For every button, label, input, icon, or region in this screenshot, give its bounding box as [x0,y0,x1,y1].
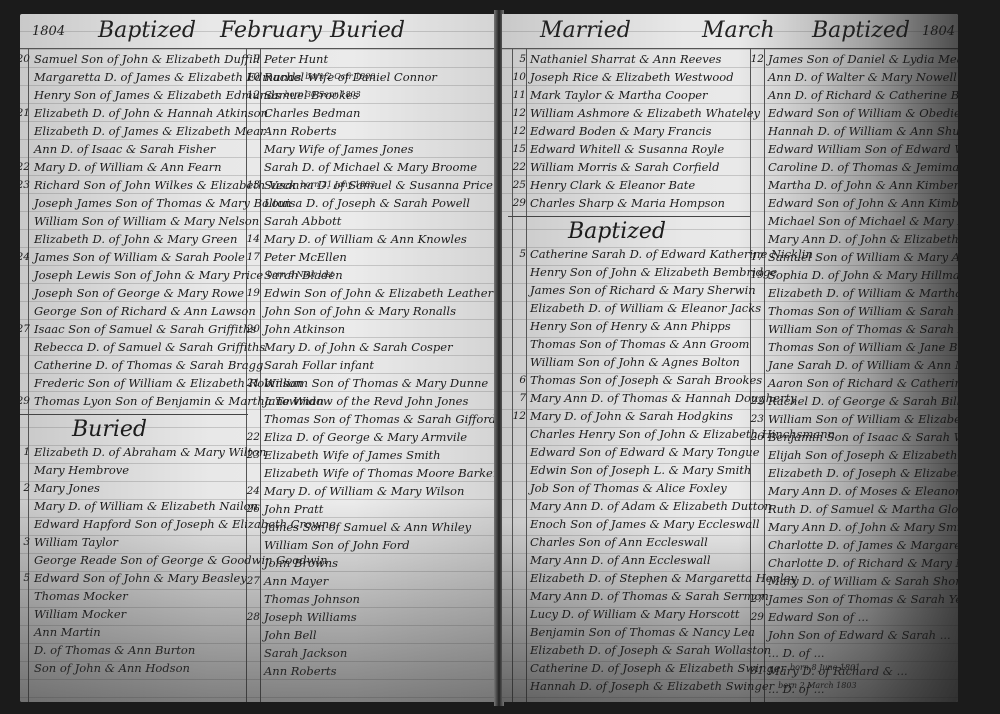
entry-day [508,263,530,281]
entry-text: William Taylor [34,533,118,551]
entry-text: Mary Ann D. of John & Mary Smith [768,518,958,536]
entry-day: 27 [242,572,264,590]
entry-day [746,302,768,320]
entry-text: Samuel Son of William & Mary Allen [768,248,958,266]
entry-day [242,356,264,374]
entry-day [508,353,530,371]
entry-text: Edward Son of John & Ann Kimberley [768,194,958,212]
entry-text: Thomas Son of William & Jane Browning [768,338,958,356]
entry-text: Ann D. of Walter & Mary Nowell [768,68,957,86]
baptism-entry: 29Edward Son of ... [746,608,958,626]
baptism-entry: Joseph Lewis Son of John & Mary Pricebor… [20,266,248,284]
marriage-entry: 10Joseph Rice & Elizabeth Westwood [508,68,750,86]
entry-text: Mary Ann D. of Thomas & Sarah Sermon [530,587,769,605]
entry-text: Benjamin Son of Thomas & Nancy Lea [530,623,755,641]
baptism-entry: Charlotte D. of James & Margaret Simms [746,536,958,554]
entry-text: Job Son of Thomas & Alice Foxley [530,479,727,497]
entry-day [242,302,264,320]
burial-entry: Jane Widow of the Revd John Jones [242,392,492,410]
entry-day [508,605,530,623]
entry-text: Joseph Rice & Elizabeth Westwood [530,68,734,86]
burial-entry: 24Mary D. of William & Mary Wilson [242,482,492,500]
baptism-entry: ... D. of ... [746,680,958,698]
entry-day [242,464,264,482]
baptism-entry: Elizabeth D. of Joseph & Sarah Wollaston [508,641,750,659]
baptism-entry: 6Thomas Son of Joseph & Sarah Brookes [508,371,750,389]
entry-text: Edward Son of ... [768,608,869,626]
baptism-entry: Benjamin Son of Thomas & Nancy Lea [508,623,750,641]
entry-text: Mary Ann D. of John & Elizabeth Dolloway [768,230,958,248]
entry-text: ... D. of ... [768,680,825,698]
baptism-entry: Thomas Son of William & Sarah Lamb [746,302,958,320]
entry-day [746,104,768,122]
entry-day [242,644,264,662]
entry-day: 17 [746,248,768,266]
entry-day [746,194,768,212]
burials-column: 9Peter Hunt10Rachel Wife of Daniel Conno… [242,50,492,680]
entry-text: Edward Son of William & Obedience Green [768,104,958,122]
entry-day [746,320,768,338]
entry-text: Ann D. of Isaac & Sarah Fisher [34,140,215,158]
baptism-entry: Elizabeth D. of Stephen & Margaretta Hen… [508,569,750,587]
entry-day: 23 [20,176,34,194]
baptism-entry: 12Mary D. of John & Sarah Hodgkins [508,407,750,425]
entry-day [746,68,768,86]
entry-text: Henry Son of Henry & Ann Phipps [530,317,731,335]
entry-text: Thomas Son of Thomas & Sarah Gifford [264,410,496,428]
baptism-entry: William Son of William & Mary Nelson [20,212,248,230]
baptism-entry: Joseph James Son of Thomas & Mary Bolton [20,194,248,212]
entry-day [20,86,34,104]
entry-day [746,464,768,482]
entry-text: Martha D. of John & Ann Kimberley [768,176,958,194]
baptism-entry: Elizabeth D. of William & Eleanor Jacks [508,299,750,317]
entry-day [242,338,264,356]
burial-entry: 9Peter Hunt [242,50,492,68]
left-page: 1804 Baptized February Buried 20Samuel S… [20,14,496,702]
baptism-entry: Edward William Son of Edward William & E… [746,140,958,158]
baptism-entry: Charles Henry Son of John & Elizabeth Hi… [508,425,750,443]
entry-day [746,698,768,702]
entry-text: Mark Taylor & Martha Cooper [530,86,708,104]
entry-text: Hannah D. of Joseph & Elizabeth Swinger [530,677,774,695]
entry-text: Ann Martin [34,623,101,641]
entry-text: Sarah Abbott [264,212,341,230]
baptism-entry: 21Elizabeth D. of John & Hannah Atkinson [20,104,248,122]
entry-day: 29 [508,194,530,212]
entry-text: Elizabeth D. of Joseph & Sarah Wollaston [530,641,771,659]
left-page-header: 1804 Baptized February Buried [20,14,496,49]
baptism-entry: Ruth D. of Samuel & Martha Glover [746,500,958,518]
entry-day [508,425,530,443]
entry-day [20,551,34,569]
entry-text: Edward Son of Edward & Mary Tongue [530,443,760,461]
entry-text: Nathaniel Sharrat & Ann Reeves [530,50,721,68]
entry-text: Sophia D. of John & Mary Hillman [768,266,958,284]
baptism-entry: Edwin Son of Joseph L. & Mary Smith [508,461,750,479]
entry-day [508,443,530,461]
baptism-entry: Aaron Son of Richard & Catherine Yatesbo… [746,374,958,392]
entry-day [746,500,768,518]
baptism-entry: Joseph Son of George & Mary Rowe [20,284,248,302]
entry-text: John Son of Edward & Sarah ... [768,626,951,644]
entry-text: Joseph Son of George & Mary Rowe [34,284,244,302]
baptism-entry: Hannah D. of Joseph & Elizabeth Swingerb… [508,677,750,695]
entry-day: 27 [20,320,34,338]
entry-day: 12 [508,122,530,140]
baptism-entry: 22Rachel D. of George & Sarah Bill [746,392,958,410]
married-and-baptized-column: 5Nathaniel Sharrat & Ann Reeves10Joseph … [508,50,750,695]
entry-text: Mary D. of John & Sarah Hodgkins [530,407,733,425]
entry-day [20,356,34,374]
entry-text: Mary D. of William & Mary Wilson [264,482,464,500]
baptism-entry: 5Catherine Sarah D. of Edward Katherine … [508,245,750,263]
entry-day: 12 [242,86,264,104]
baptisms-right-column: 12James Son of Daniel & Lydia MeadowsAnn… [746,50,958,702]
burial-entry: James Son of Samuel & Ann Whiley [242,518,492,536]
entry-day [20,194,34,212]
entry-day [746,572,768,590]
baptism-entry: 31Mary D. of Richard & ... [746,662,958,680]
year-label: 1804 [32,24,65,39]
entry-text: John Browns [264,554,338,572]
entry-text: Charlotte D. of James & Margaret Simms [768,536,958,554]
baptism-entry: Rebecca D. of Samuel & Sarah Griffiths [20,338,248,356]
burial-entry: Charles Bedman [242,104,492,122]
entry-day [20,605,34,623]
burial-entry: John Browns [242,554,492,572]
entry-day: 5 [20,569,34,587]
entry-day: 6 [508,371,530,389]
marriage-entry: 22William Morris & Sarah Corfield [508,158,750,176]
entry-text: Mary Hembrove [34,461,129,479]
baptism-entry: 19Sophia D. of John & Mary Hillman [746,266,958,284]
entry-day [242,554,264,572]
entry-text: Charles Bedman [264,104,360,122]
entry-day [242,194,264,212]
entry-text: John Bell [264,626,317,644]
burial-entry: Ann Roberts [242,122,492,140]
entry-day [20,338,34,356]
entry-text: Elizabeth D. of Abraham & Mary Wilton [34,443,266,461]
baptism-entry: Catherine D. of Joseph & Elizabeth Swing… [508,659,750,677]
entry-text: Ann Mayer [264,572,328,590]
baptism-entry: 23William Son of William & Elizabeth Sar… [746,410,958,428]
marriage-entry: 12William Ashmore & Elizabeth Whateley [508,104,750,122]
entry-day [508,623,530,641]
entry-text: John Son of John & Mary Ronalls [264,302,456,320]
burial-entry: John Son of John & Mary Ronalls [242,302,492,320]
burial-entry: 5Edward Son of John & Mary Beasley [20,569,248,587]
burial-entry: 13Susanna D. of Samuel & Susanna Price [242,176,492,194]
baptisms-column: 20Samuel Son of John & Elizabeth Duffill… [20,50,248,677]
baptism-entry: Mary Ann D. of Adam & Elizabeth Dutton [508,497,750,515]
entry-day: 19 [242,284,264,302]
baptism-entry: ... D. of William ... [746,698,958,702]
entry-text: Edwin Son of John & Elizabeth Leather [264,284,493,302]
right-page: Married March Baptized 1804 5Nathaniel S… [502,14,958,702]
baptism-entry: John Son of Edward & Sarah ... [746,626,958,644]
entry-text: William Son of Thomas & Mary Dunne [264,374,488,392]
entry-text: Edward William Son of Edward William & E… [768,140,958,158]
entry-text: Ann Roberts [264,122,337,140]
burial-entry: 21William Son of Thomas & Mary Dunne [242,374,492,392]
entry-day [508,551,530,569]
entry-text: Rebecca D. of Samuel & Sarah Griffiths [34,338,265,356]
entry-text: George Son of Richard & Ann Lawson [34,302,256,320]
entry-day [746,230,768,248]
entry-text: Mary D. of William & Ann Knowles [264,230,467,248]
baptism-entry: 22Mary D. of William & Ann Fearn [20,158,248,176]
baptism-entry: Mary Ann D. of John & Mary Smith [746,518,958,536]
entry-day: 24 [20,248,34,266]
entry-day [746,212,768,230]
burial-entry: Elizabeth Wife of Thomas Moore Barker [242,464,492,482]
baptism-entry: 29Thomas Lyon Son of Benjamin & Martha T… [20,392,248,410]
entry-day [20,284,34,302]
burial-entry: Mary D. of William & Elizabeth Nailon [20,497,248,515]
entry-text: Jane Widow of the Revd John Jones [264,392,468,410]
entry-text: Mary D. of John & Sarah Cosper [264,338,453,356]
baptism-entry: ... D. of ... [746,644,958,662]
entry-text: Mary Jones [34,479,100,497]
entry-text: Edwin Son of Joseph L. & Mary Smith [530,461,751,479]
burial-entry: Ann Roberts [242,662,492,680]
burial-entry: 22Eliza D. of George & Mary Armvile [242,428,492,446]
entry-day: 5 [508,50,530,68]
entry-day [746,284,768,302]
entry-text: William Son of William & Elizabeth Sarge… [768,410,958,428]
baptism-entry: Ann D. of Isaac & Sarah Fisher [20,140,248,158]
year-label: 1804 [922,24,955,39]
entry-day: 21 [20,104,34,122]
entry-day [242,122,264,140]
baptism-entry: Ann D. of Richard & Catherine Baddeley [746,86,958,104]
entry-day [746,554,768,572]
burial-entry: George Reade Son of George & Goodwin Goo… [20,551,248,569]
entry-day: 26 [242,500,264,518]
entry-day [746,680,768,698]
burial-entry: 14Mary D. of William & Ann Knowles [242,230,492,248]
baptism-entry: Elijah Son of Joseph & Elizabeth Stott [746,446,958,464]
baptism-entry: Edward Son of Edward & Mary Tongue [508,443,750,461]
entry-day: 21 [242,374,264,392]
entry-day: 19 [746,266,768,284]
entry-day [242,536,264,554]
entry-day [508,479,530,497]
entry-text: Charlotte D. of Richard & Mary Morris [768,554,958,572]
entry-text: Aaron Son of Richard & Catherine Yates [768,374,958,392]
entry-text: Caroline D. of Thomas & Jemima Walker [768,158,958,176]
baptism-entry: Elizabeth D. of James & Elizabeth Mear [20,122,248,140]
entry-text: Peter McEllen [264,248,347,266]
burial-entry: 10Rachel Wife of Daniel Connor [242,68,492,86]
entry-day [746,644,768,662]
entry-day [508,677,530,695]
entry-text: Elizabeth D. of Joseph & Elizabeth Salt [768,464,958,482]
baptism-entry: 26Benjamin Son of Isaac & Sarah Whitehou… [746,428,958,446]
burial-entry: Sarah D. of Michael & Mary Broome [242,158,492,176]
entry-text: Enoch Son of James & Mary Eccleswall [530,515,760,533]
burial-entry: Sarah Jackson [242,644,492,662]
entry-text: Jane Sarah D. of William & Ann Neal [768,356,958,374]
baptism-entry: Henry Son of John & Elizabeth Bembridge [508,263,750,281]
entry-day [746,356,768,374]
entry-text: Sarah Follar infant [264,356,374,374]
entry-day [20,122,34,140]
entry-day: 2 [20,479,34,497]
entry-text: Eliza D. of George & Mary Armvile [264,428,467,446]
burial-entry: 17Peter McEllen [242,248,492,266]
baptism-entry: Catherine D. of Thomas & Sarah Bragg [20,356,248,374]
entry-day [508,335,530,353]
entry-text: Elizabeth D. of John & Mary Green [34,230,237,248]
section-divider [20,414,248,415]
burial-entry: Edward Hapford Son of Joseph & Elizabeth… [20,515,248,533]
entry-day [20,266,34,284]
baptism-entry: Mary Ann D. of Ann Eccleswall [508,551,750,569]
entry-text: Elizabeth D. of James & Elizabeth Mear [34,122,266,140]
entry-day: 10 [242,68,264,86]
month-heading: February [220,18,322,43]
entry-day [20,212,34,230]
register-book: 1804 Baptized February Buried 20Samuel S… [0,0,1000,714]
entry-text: Elizabeth D. of John & Hannah Atkinson [34,104,268,122]
baptism-entry: 17Samuel Son of William & Mary Allen [746,248,958,266]
entry-text: William Son of John & Agnes Bolton [530,353,740,371]
entry-day [746,86,768,104]
baptism-entry: Lucy D. of William & Mary Horscott [508,605,750,623]
entry-day [20,302,34,320]
entry-day: 12 [508,104,530,122]
entry-text: Peter Hunt [264,50,328,68]
baptism-entry: Edward Son of William & Obedience Green [746,104,958,122]
baptism-entry: Elizabeth D. of John & Mary Green [20,230,248,248]
entry-day [242,266,264,284]
entry-day [746,122,768,140]
entry-text: William Mocker [34,605,126,623]
entry-text: Elizabeth D. of William & Eleanor Jacks [530,299,761,317]
entry-day: 1 [20,443,34,461]
entry-text: William Ashmore & Elizabeth Whateley [530,104,760,122]
baptism-entry: 23Richard Son of John Wilkes & Elizabeth… [20,176,248,194]
entry-text: Edward Boden & Mary Francis [530,122,712,140]
entry-day [508,281,530,299]
buried-section-title: Buried [20,417,248,443]
marriage-entry: 5Nathaniel Sharrat & Ann Reeves [508,50,750,68]
baptism-entry: 27James Son of Thomas & Sarah Yeoward [746,590,958,608]
baptism-entry: Mary Ann D. of Thomas & Sarah Sermon [508,587,750,605]
entry-day: 25 [508,176,530,194]
entry-day: 5 [508,245,530,263]
entry-day [20,374,34,392]
entry-text: Edward Son of John & Mary Beasley [34,569,247,587]
baptism-entry: 24James Son of William & Sarah Poole [20,248,248,266]
entry-text: John Pratt [264,500,323,518]
burial-entry: William Mocker [20,605,248,623]
entry-day: 23 [242,446,264,464]
burial-entry: 23Elizabeth Wife of James Smith [242,446,492,464]
right-page-header: Married March Baptized 1804 [502,14,958,49]
entry-day [508,533,530,551]
entry-day: 22 [508,158,530,176]
entry-day [508,641,530,659]
baptism-entry: Job Son of Thomas & Alice Foxley [508,479,750,497]
entry-text: James Son of Samuel & Ann Whiley [264,518,471,536]
entry-text: Isaac Son of Samuel & Sarah Griffiths [34,320,256,338]
burial-entry: 19Edwin Son of John & Elizabeth Leather [242,284,492,302]
entry-text: Henry Son of John & Elizabeth Bembridge [530,263,777,281]
entry-day [242,158,264,176]
entry-day: 17 [242,248,264,266]
burial-entry: Son of John & Ann Hodson [20,659,248,677]
baptism-entry: 12James Son of Daniel & Lydia Meadows [746,50,958,68]
baptism-entry: Michael Son of Michael & Mary Broomeborn… [746,212,958,230]
entry-day [20,68,34,86]
entry-text: Mary D. of Richard & ... [768,662,908,680]
baptism-entry: Mary Ann D. of Moses & Eleanor Barrett [746,482,958,500]
entry-day [242,140,264,158]
burial-entry: 2Mary Jones [20,479,248,497]
baptism-entry: Hannah D. of William & Ann Shuttleworth [746,122,958,140]
entry-text: Elizabeth D. of William & Martha Simons [768,284,958,302]
entry-text: Mary Ann D. of Ann Eccleswall [530,551,711,569]
entry-day: 11 [508,86,530,104]
burial-entry: 28Joseph Williams [242,608,492,626]
baptism-entry: George Son of Richard & Ann Lawson [20,302,248,320]
entry-text: James Son of Thomas & Sarah Yeoward [768,590,958,608]
entry-text: Charles Son of Ann Eccleswall [530,533,708,551]
entry-day [746,446,768,464]
entry-text: Sarah Bladen [264,266,343,284]
entry-day [508,587,530,605]
entry-text: Son of John & Ann Hodson [34,659,190,677]
entry-text: Sarah Jackson [264,644,347,662]
entry-day: 14 [242,230,264,248]
entry-text: Mary Ann D. of Moses & Eleanor Barrett [768,482,958,500]
entry-day: 20 [242,320,264,338]
entry-day [508,497,530,515]
entry-day: 29 [746,608,768,626]
entry-day: 26 [746,428,768,446]
entry-text: Benjamin Son of Isaac & Sarah Whitehouse [768,428,958,446]
entry-day [20,461,34,479]
entry-text: Charles Sharp & Maria Hompson [530,194,725,212]
entry-day [20,623,34,641]
entry-text: Michael Son of Michael & Mary Broome [768,212,958,230]
entry-text: Thomas Son of William & Sarah Lamb [768,302,958,320]
entry-day [20,497,34,515]
baptism-entry: William Son of Thomas & Sarah Field [746,320,958,338]
entry-day: 13 [242,176,264,194]
burial-entry: Sarah Follar infant [242,356,492,374]
entry-day: 31 [746,662,768,680]
entry-day [20,140,34,158]
baptism-entry: Caroline D. of Thomas & Jemima Walker [746,158,958,176]
baptism-entry: Charles Son of Ann Eccleswall [508,533,750,551]
entry-text: James Son of Richard & Mary Sherwin [530,281,756,299]
entry-text: Louisa D. of Joseph & Sarah Powell [264,194,470,212]
entry-text: William Morris & Sarah Corfield [530,158,719,176]
entry-text: Ann D. of Richard & Catherine Baddeley [768,86,958,104]
entry-text: Hannah D. of William & Ann Shuttleworth [768,122,958,140]
burial-entry: 12Samuel Brookes [242,86,492,104]
entry-text: Sarah D. of Michael & Mary Broome [264,158,477,176]
entry-day [242,590,264,608]
entry-day [20,641,34,659]
marriage-entry: 12Edward Boden & Mary Francis [508,122,750,140]
entry-text: Samuel Son of John & Elizabeth Duffill [34,50,260,68]
